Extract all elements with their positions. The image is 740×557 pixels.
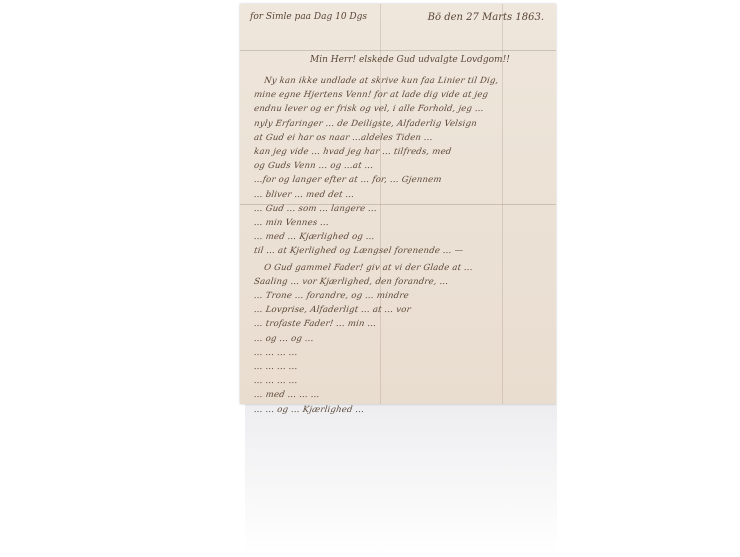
letter-line: ... trofaste Fader! ... min ... — [253, 319, 546, 329]
letter-line: ... med ... Kjærlighed og ... — [253, 232, 546, 242]
letter-line: ... Trone ... forandre, og ... mindre — [253, 291, 546, 301]
letter-page: for Simle paa Dag 10 Dgs Bö den 27 Marts… — [240, 4, 556, 404]
letter-line: O Gud gammel Fader! giv at vi der Glade … — [263, 263, 546, 273]
letter-salutation: Min Herr! elskede Gud udvalgte Lovdgom!! — [310, 55, 510, 65]
letter-line: ... og ... og ... — [253, 334, 546, 344]
letter-line: ... med ... ... ... — [253, 390, 546, 400]
letter-line: Saaling ... vor Kjærlighed, den forandre… — [253, 277, 546, 287]
scan-shadow — [245, 404, 557, 554]
letter-line: ... ... ... ... — [253, 376, 546, 386]
letter-date: Bö den 27 Marts 1863. — [428, 12, 544, 23]
letter-line: kan jeg vide ... hvad jeg har ... tilfre… — [253, 147, 546, 157]
letter-note: for Simle paa Dag 10 Dgs — [250, 12, 367, 22]
letter-line: til ... at Kjerlighed og Længsel forenen… — [253, 246, 546, 256]
fold-line — [240, 50, 556, 51]
letter-line: ... bliver ... med det ... — [253, 190, 546, 200]
letter-line: ... ... ... ... — [253, 362, 546, 372]
letter-line: ... ... ... ... — [253, 348, 546, 358]
letter-line: endnu lever og er frisk og vel, i alle F… — [253, 104, 546, 114]
letter-line: nyly Erfaringer ... de Deiligste, Alfade… — [253, 119, 546, 129]
letter-line: Ny kan ikke undlade at skrive kun faa Li… — [263, 76, 546, 86]
letter-line: ... min Vennes ... — [253, 218, 546, 228]
letter-line: ... ... og ... Kjærlighed ... — [253, 405, 546, 415]
letter-line: ... Gud ... som ... langere ... — [253, 204, 546, 214]
letter-line: at Gud ei har os naar ...aldeles Tiden .… — [253, 133, 546, 143]
letter-line: ... Lovprise, Alfaderligt ... at ... vor — [253, 305, 546, 315]
letter-line: og Guds Venn ... og ...at ... — [253, 161, 546, 171]
letter-line: ...for og langer efter at ... for, ... G… — [253, 175, 546, 185]
letter-line: mine egne Hjertens Venn! for at lade dig… — [253, 90, 546, 100]
